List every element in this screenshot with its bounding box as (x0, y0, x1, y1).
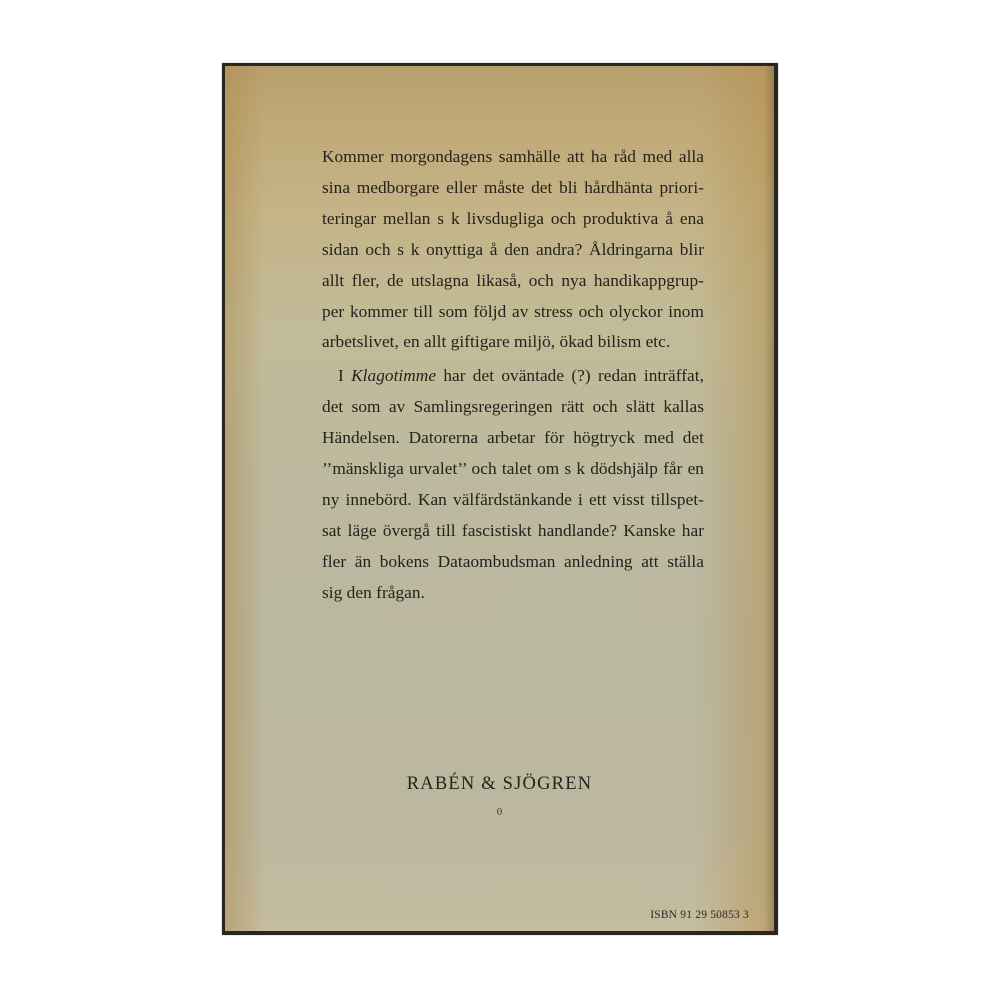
blurb-line-book-title: I Klagotimme har det oväntade (?) redan … (322, 361, 704, 392)
blurb-line: ’’mänskliga urvalet’’ och talet om s k d… (322, 454, 704, 485)
book-back-cover: Kommer morgondagens samhälle att ha råd … (222, 63, 778, 935)
blurb-line: sina medborgare eller måste det bli hård… (322, 173, 704, 204)
publisher-mark: 0 (225, 806, 774, 818)
blurb-line: sidan och s k onyttiga å den andra? Åldr… (322, 235, 704, 266)
blurb-line: det som av Samlingsregeringen rätt och s… (322, 392, 704, 423)
blurb-rest: har det oväntade (?) redan inträffat, (436, 366, 704, 385)
blurb-line: allt fler, de utslagna likaså, och nya h… (322, 266, 704, 297)
blurb-line: sig den frågan. (322, 578, 704, 609)
isbn-number: ISBN 91 29 50853 3 (650, 909, 749, 921)
blurb-line: Kommer morgondagens samhälle att ha råd … (322, 142, 704, 173)
publisher-name: RABÉN & SJÖGREN (225, 774, 774, 795)
blurb-line: teringar mellan s k livsdugliga och prod… (322, 204, 704, 235)
blurb-line: ny innebörd. Kan välfärdstänkande i ett … (322, 485, 704, 516)
blurb-line: per kommer till som följd av stress och … (322, 297, 704, 328)
blurb-line: arbetslivet, en allt giftigare miljö, ök… (322, 327, 704, 358)
blurb-line: Händelsen. Datorerna arbetar för högtryc… (322, 423, 704, 454)
blurb-line: sat läge övergå till fascistiskt handlan… (322, 516, 704, 547)
blurb-text: Kommer morgondagens samhälle att ha råd … (322, 142, 704, 609)
book-title: Klagotimme (351, 366, 436, 385)
blurb-line: fler än bokens Dataombudsman anledning a… (322, 547, 704, 578)
blurb-prefix: I (338, 366, 351, 385)
